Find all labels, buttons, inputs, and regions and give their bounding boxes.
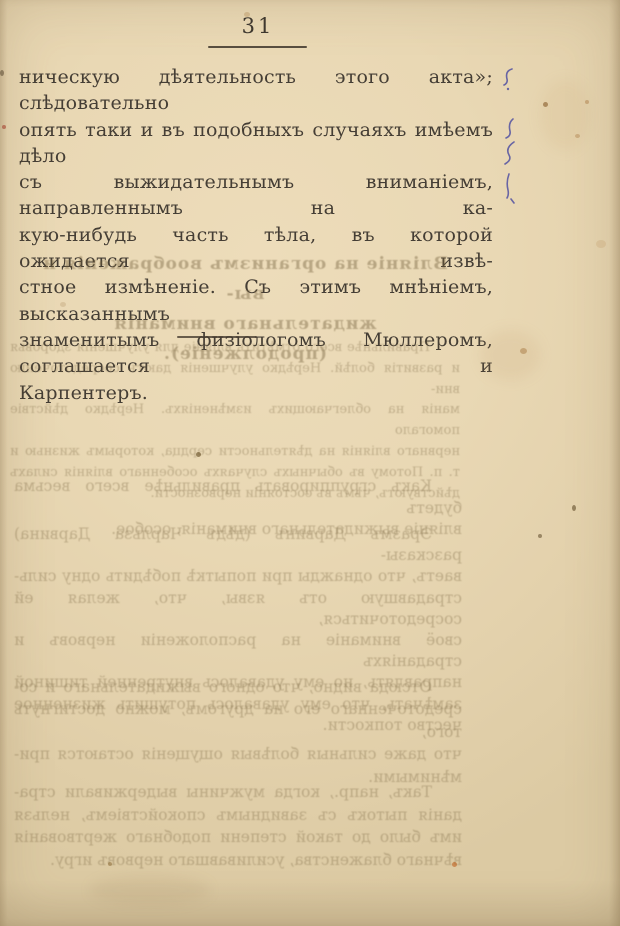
edge-speck	[0, 70, 4, 76]
ghost-line: данія пытокъ съ завиднымъ спокойствіемъ,…	[14, 804, 462, 827]
ghost-line: ваетъ, что однажды при попыткѣ побѣдить …	[14, 566, 462, 587]
foxing-spot	[60, 302, 66, 307]
ghost-line: Эразмъ Дарвинъ (дѣдъ Чарльза Дарвина) ра…	[14, 524, 462, 566]
ghost-line: что даже сильныя болѣвыя ощущенія остают…	[14, 743, 462, 765]
ink-mark	[505, 142, 514, 164]
ghost-line: вѣчнаго блаженства, усиливавшаго нервовъ…	[14, 849, 462, 872]
ghost-line: средоточеннаго его на другомъ, можно дос…	[14, 698, 462, 743]
ghost-line: Отсюда видно, что одного выжидательнаго …	[14, 676, 462, 698]
ghost-line: своё вниманіе на расположеніи нервовъ и …	[14, 630, 462, 672]
ghost-heading-line: Вліяніе на организмъ воображенія и вы-	[30, 249, 460, 309]
ghost-line: манія на облегчающихъ измѣненіяхъ. Нерѣд…	[10, 400, 460, 442]
margin-ink-marks	[494, 62, 530, 207]
ghost-paragraph-c: Отсюда видно, что одного выжидательнаго …	[14, 676, 462, 788]
foxing-spot	[244, 12, 250, 17]
paper-stain	[480, 330, 540, 380]
text-line: ническую дѣятельность этого акта»; слѣдо…	[19, 64, 493, 117]
page-number: 31	[208, 14, 308, 38]
foxing-spot	[538, 534, 542, 538]
page-number-rule	[208, 46, 307, 48]
ghost-line: страдавшую отъ язвы, что, желая ей сосре…	[14, 588, 462, 630]
ghost-line: имъ было до такой степени подобнаго жерт…	[14, 826, 462, 849]
ghost-line: Какъ сгруппировать правильнѣе всего весь…	[14, 476, 462, 519]
ink-mark	[504, 69, 512, 85]
foxing-spot	[108, 862, 112, 866]
foxing-spot	[596, 240, 606, 248]
foxing-spot	[196, 452, 201, 457]
ink-mark	[506, 119, 513, 138]
ink-mark	[511, 199, 514, 203]
ghost-line: Правильнѣе всего отмѣтить вліяніе для ул…	[10, 338, 460, 359]
text-line: съ выжидательнымъ вниманіемъ, направленн…	[19, 169, 493, 222]
red-speck	[2, 125, 6, 129]
ghost-line: нервнаго вліянія на дѣятельности сердца,…	[10, 442, 460, 463]
ink-mark	[507, 174, 509, 198]
text-line: опять таки и въ подобныхъ случаяхъ имѣем…	[19, 117, 493, 170]
ghost-line: и развитія болѣй. Нерѣдко улучшенія дают…	[10, 359, 460, 401]
ghost-paragraph-d: Такъ, напр., когда мужчины выдерживали с…	[14, 781, 462, 871]
paper-stain	[90, 875, 210, 905]
paper-stain	[540, 80, 590, 150]
foxing-spot	[572, 505, 576, 511]
ink-mark	[507, 88, 509, 90]
ghost-line: Такъ, напр., когда мужчины выдерживали с…	[14, 781, 462, 804]
foxing-spot	[452, 862, 457, 867]
page-sheet: 31 ническую дѣятельность этого акта»; сл…	[0, 0, 620, 926]
